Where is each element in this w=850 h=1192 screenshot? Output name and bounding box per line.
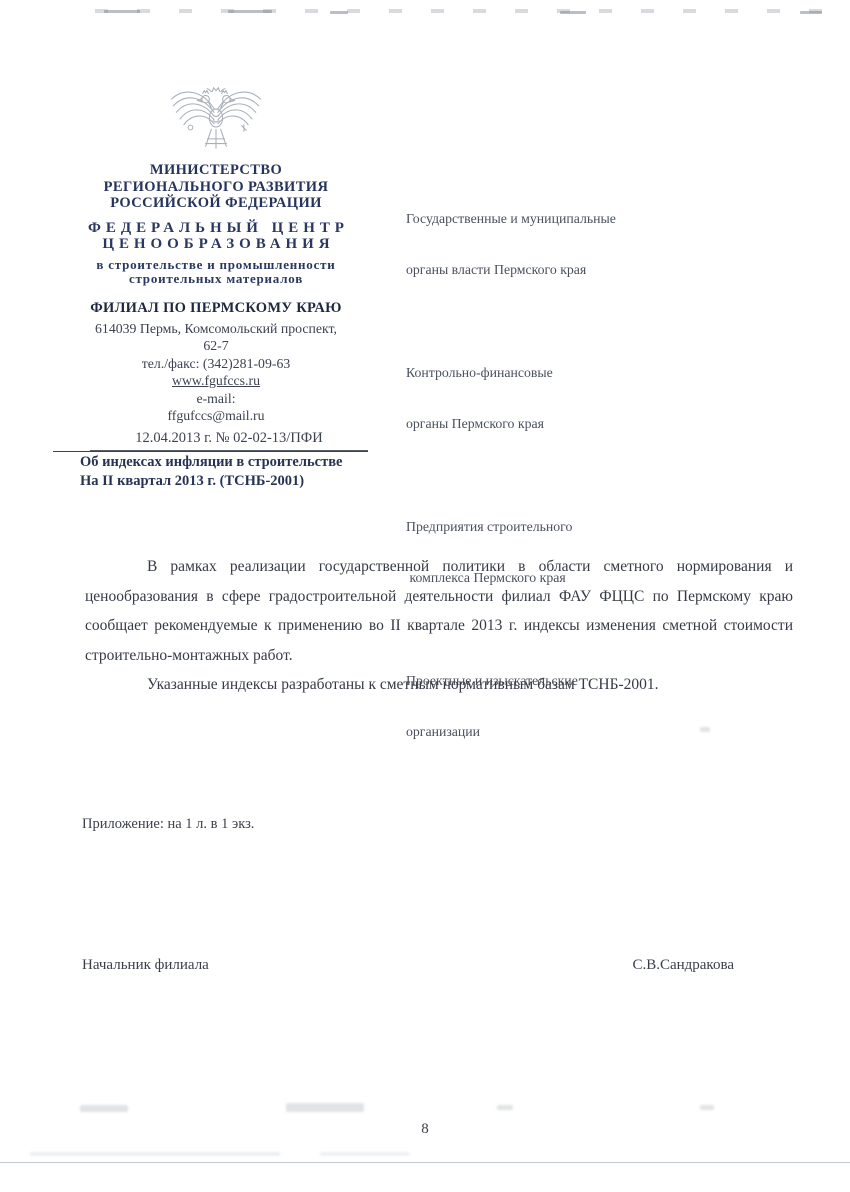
- address-line: 614039 Пермь, Комсомольский проспект,: [55, 320, 377, 338]
- date-and-reference: 12.04.2013 г. № 02-02-13/ПФИ: [90, 430, 368, 451]
- scan-artifact-smudge: [80, 1105, 128, 1112]
- scan-artifact-smudge: [700, 1105, 714, 1110]
- recipient-line: Государственные и муниципальные: [406, 210, 686, 227]
- scan-artifact-dash: [800, 11, 822, 14]
- recipient-line: органы власти Пермского края: [406, 261, 686, 278]
- federal-center-subtitle: в строительстве и промышленности строите…: [55, 258, 377, 287]
- body-paragraph: Указанные индексы разработаны к сметным …: [85, 670, 793, 700]
- ministry-name: МИНИСТЕРСТВО РЕГИОНАЛЬНОГО РАЗВИТИЯ РОСС…: [55, 162, 377, 212]
- recipient-line: органы Пермского края: [406, 415, 686, 432]
- federal-center-line: ЦЕНООБРАЗОВАНИЯ: [55, 236, 377, 253]
- signer-position: Начальник филиала: [82, 957, 209, 974]
- recipient-item: Государственные и муниципальные органы в…: [406, 176, 686, 312]
- email-label: e-mail:: [55, 390, 377, 408]
- address-line: 62-7: [55, 337, 377, 355]
- scan-artifact-smudge: [30, 1152, 280, 1156]
- page-number: 8: [0, 1121, 850, 1138]
- scan-artifact-smudge: [700, 727, 710, 732]
- letterhead: МИНИСТЕРСТВО РЕГИОНАЛЬНОГО РАЗВИТИЯ РОСС…: [55, 80, 377, 425]
- header-rule: [53, 451, 368, 452]
- ministry-line: МИНИСТЕРСТВО: [55, 162, 377, 179]
- letter-body: В рамках реализации государственной поли…: [85, 552, 793, 700]
- scanned-letter-page: МИНИСТЕРСТВО РЕГИОНАЛЬНОГО РАЗВИТИЯ РОСС…: [0, 0, 850, 1192]
- subject-line: Об индексах инфляции в строительстве: [80, 453, 380, 472]
- signature-row: Начальник филиала С.В.Сандракова: [82, 957, 734, 974]
- recipient-line: организации: [406, 723, 686, 740]
- scan-artifact-dash: [560, 11, 586, 14]
- scan-artifact-top-dashes: [95, 9, 835, 13]
- recipient-line: Контрольно-финансовые: [406, 364, 686, 381]
- ministry-line: РЕГИОНАЛЬНОГО РАЗВИТИЯ: [55, 179, 377, 196]
- scan-artifact-smudge: [497, 1105, 513, 1110]
- recipient-line: Предприятия строительного: [406, 518, 686, 535]
- federal-center-name: ФЕДЕРАЛЬНЫЙ ЦЕНТР ЦЕНООБРАЗОВАНИЯ: [55, 220, 377, 253]
- federal-center-line: ФЕДЕРАЛЬНЫЙ ЦЕНТР: [55, 220, 377, 237]
- scan-artifact-smudge: [286, 1103, 364, 1112]
- contact-block: 614039 Пермь, Комсомольский проспект, 62…: [55, 320, 377, 425]
- federal-center-subtitle-line: в строительстве и промышленности: [55, 258, 377, 273]
- scan-artifact-bottom-line: [0, 1162, 850, 1163]
- scan-artifact-dash: [228, 10, 272, 13]
- body-paragraph: В рамках реализации государственной поли…: [85, 552, 793, 670]
- phone-line: тел./факс: (342)281-09-63: [55, 355, 377, 373]
- federal-center-subtitle-line: строительных материалов: [55, 272, 377, 287]
- scan-artifact-dash: [330, 11, 348, 14]
- recipient-item: Контрольно-финансовые органы Пермского к…: [406, 330, 686, 466]
- email-address: ffgufccs@mail.ru: [55, 407, 377, 425]
- signer-name: С.В.Сандракова: [632, 957, 734, 974]
- scan-artifact-smudge: [320, 1152, 410, 1156]
- website-link: www.fgufccs.ru: [55, 372, 377, 390]
- ministry-line: РОССИЙСКОЙ ФЕДЕРАЦИИ: [55, 195, 377, 212]
- attachment-note: Приложение: на 1 л. в 1 экз.: [82, 816, 254, 833]
- scan-artifact-dash: [104, 10, 140, 13]
- subject-line: На II квартал 2013 г. (ТСНБ-2001): [80, 472, 380, 491]
- coat-of-arms-icon: [164, 80, 268, 158]
- recipients-list: Государственные и муниципальные органы в…: [406, 176, 686, 792]
- branch-name: ФИЛИАЛ ПО ПЕРМСКОМУ КРАЮ: [55, 300, 377, 317]
- subject-block: Об индексах инфляции в строительстве На …: [80, 453, 380, 490]
